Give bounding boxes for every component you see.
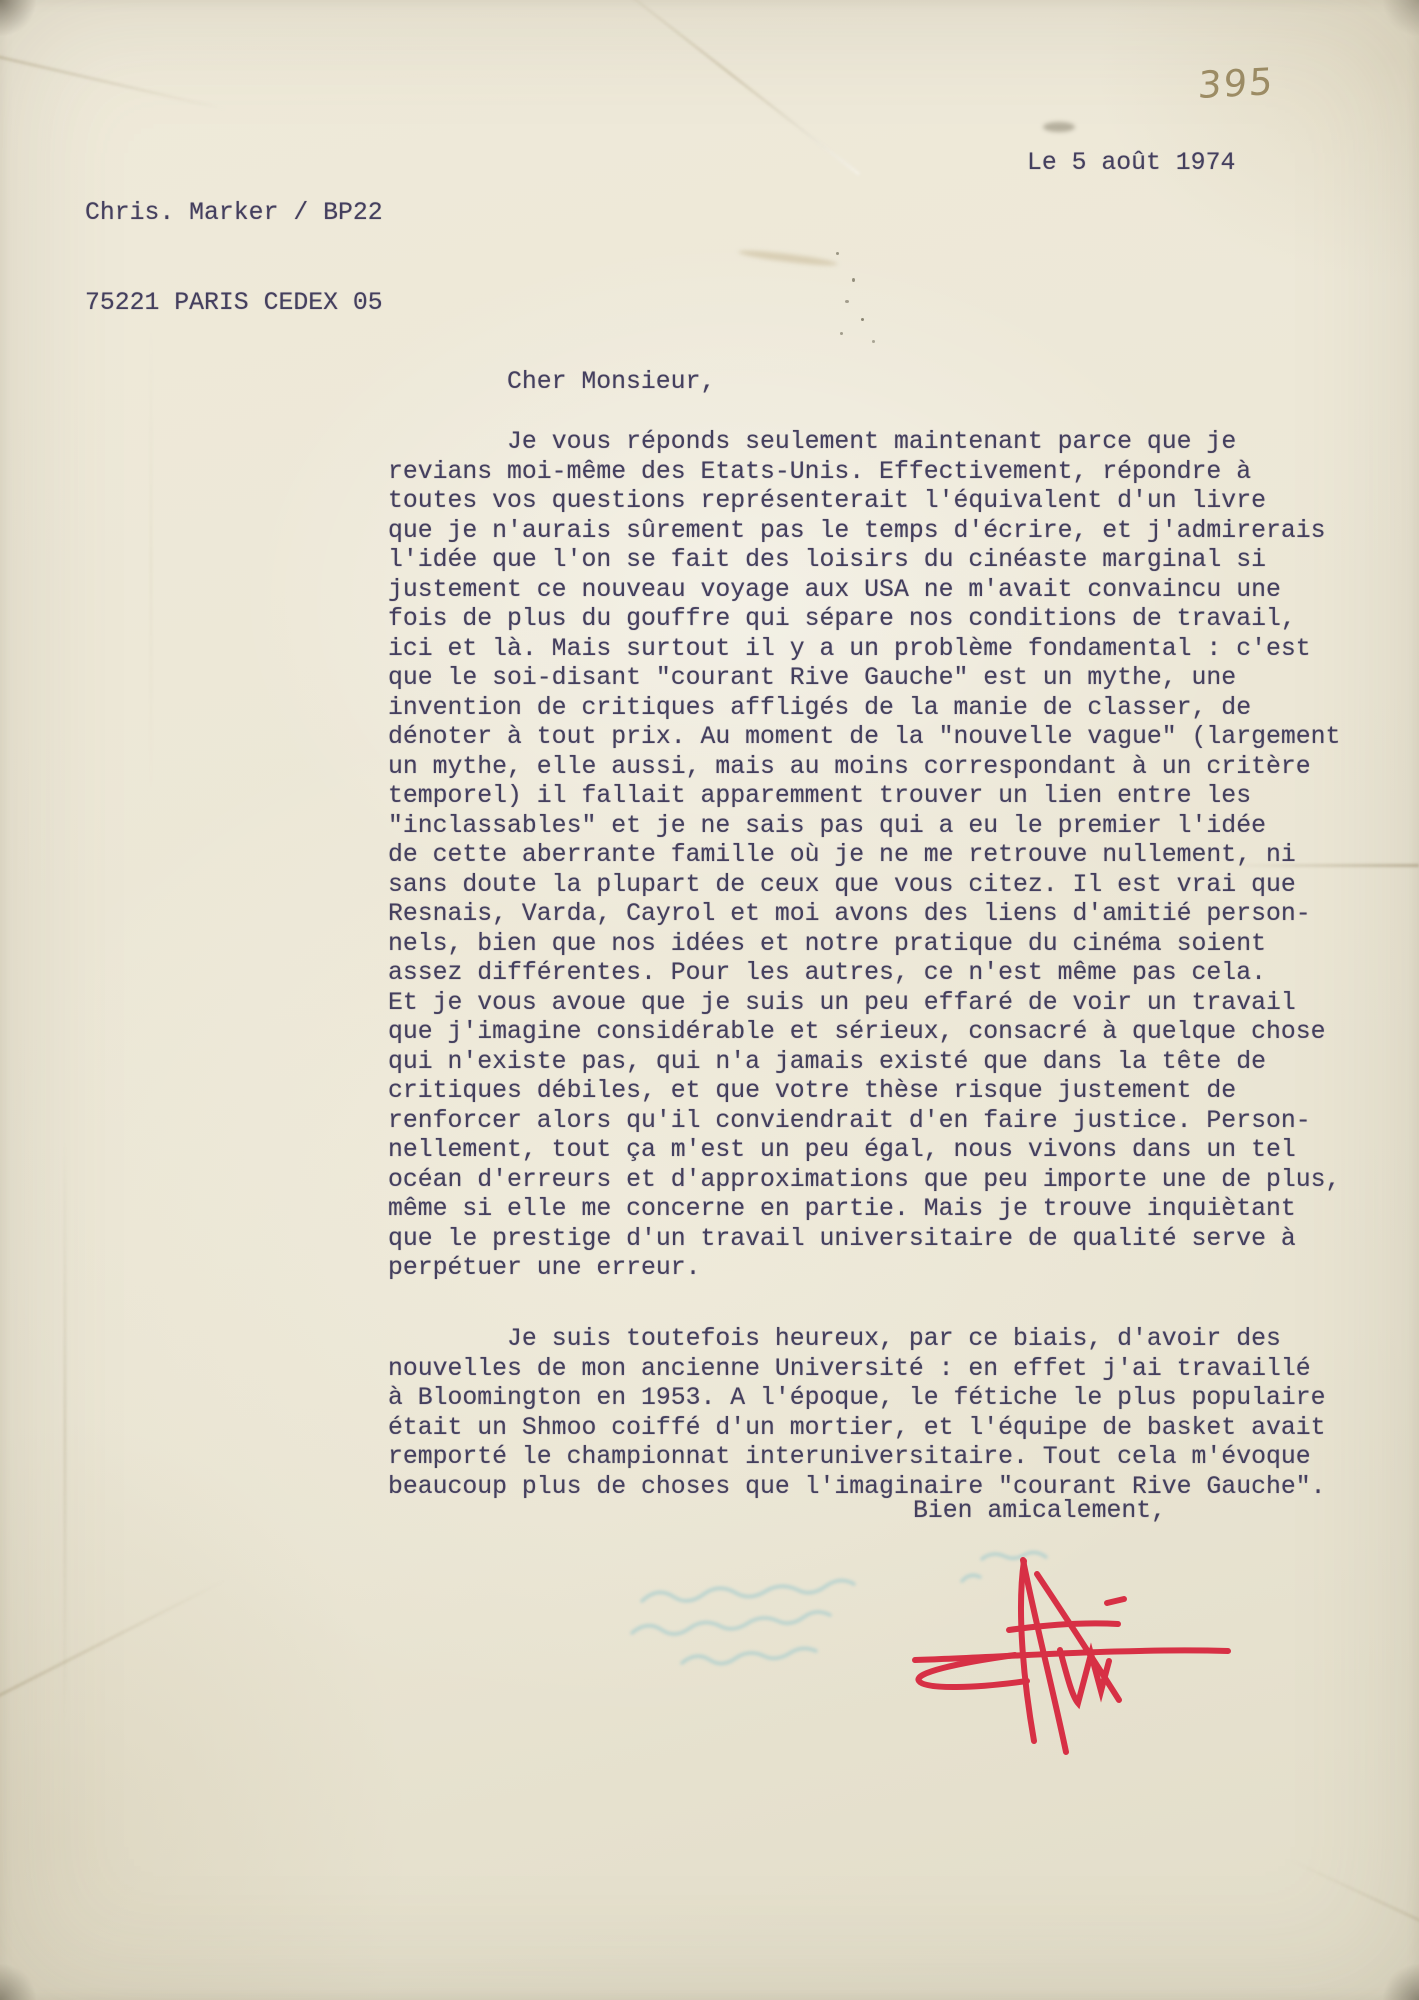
sender-address: Chris. Marker / BP22 75221 PARIS CEDEX 0…	[85, 138, 383, 378]
closing-line: Bien amicalement,	[913, 1497, 1166, 1527]
paper-speck	[872, 340, 875, 343]
paper-speck	[861, 318, 864, 321]
paper-corner-shadow	[0, 0, 36, 36]
paper-crease	[0, 1579, 226, 1704]
sender-address-line-2: 75221 PARIS CEDEX 05	[85, 288, 383, 318]
paper-crease	[64, 1140, 66, 1720]
salutation: Cher Monsieur,	[507, 368, 715, 398]
paper-corner-shadow	[1383, 0, 1419, 36]
paper-stain	[738, 248, 838, 268]
paper-speck	[836, 252, 839, 255]
paper-crease	[1290, 1859, 1419, 1955]
page-number-annotation: 395	[1197, 60, 1276, 107]
paper-speck	[845, 300, 849, 303]
ink-smudge	[1043, 122, 1075, 132]
body-paragraph-1: Je vous réponds seulement maintenant par…	[388, 428, 1368, 1284]
paper-crease	[598, 0, 860, 176]
paper-speck	[852, 278, 855, 282]
paper-crease	[0, 52, 227, 111]
paper-corner-shadow	[1383, 1964, 1419, 2000]
paper-crease	[150, 320, 152, 800]
sender-address-line-1: Chris. Marker / BP22	[85, 198, 383, 228]
paper-speck	[840, 332, 843, 335]
signature-scribble	[895, 1550, 1245, 1765]
body-paragraph-2: Je suis toutefois heureux, par ce biais,…	[388, 1325, 1368, 1502]
paper-corner-shadow	[0, 1964, 36, 2000]
letter-page: 395 Chris. Marker / BP22 75221 PARIS CED…	[0, 0, 1419, 2000]
date-line: Le 5 août 1974	[1027, 148, 1235, 178]
